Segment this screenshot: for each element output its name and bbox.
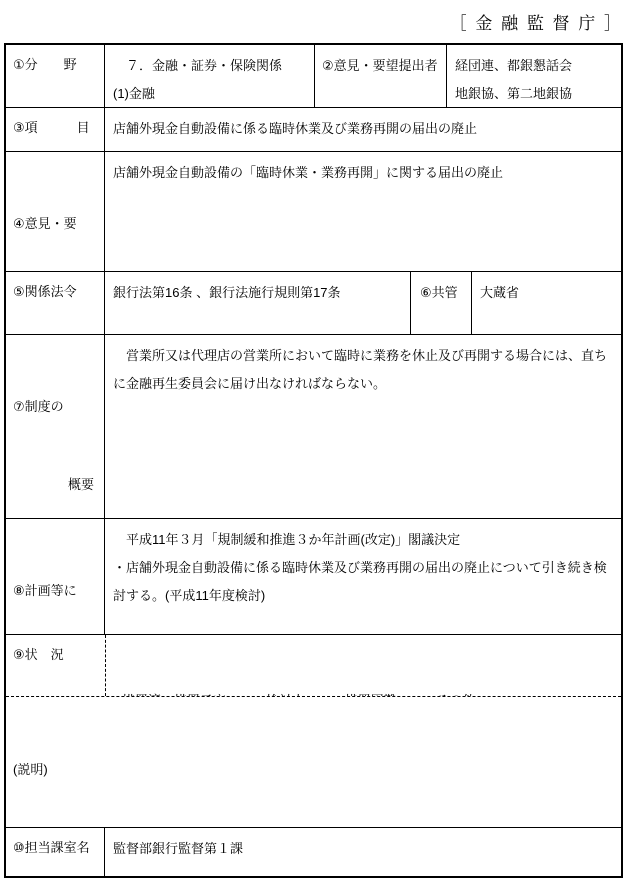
department-value: 監督部銀行監督第１課 (105, 828, 621, 876)
form-table: ①分 野 ７．金融・証券・保険関係 (1)金融 ②意見・要望提出者 経団連、都銀… (4, 43, 623, 878)
status-options: □措置済・措置予定 ■検討中 □措置困難 □その他 (114, 689, 613, 696)
row-laws-joint: ⑤関係法令 銀行法第16条 、銀行法施行規則第17条 ⑥共管 大蔵省 (6, 272, 621, 335)
row-explanation: (説明) 顧客利便に与える影響や監督上の観点から、届出の廃止について検討中。 (6, 697, 621, 828)
joint-label: ⑥共管 (411, 272, 472, 334)
row-department: ⑩担当課室名 監督部銀行監督第１課 (6, 828, 621, 876)
department-label: ⑩担当課室名 (6, 828, 105, 876)
status-option-under-review: ■検討中 (258, 689, 305, 696)
row-plan: ⑧計画等に おける記載 平成11年３月「規制緩和推進３か年計画(改定)」閣議決定… (6, 519, 621, 635)
laws-label: ⑤関係法令 (6, 272, 105, 334)
category-label: ①分 野 (6, 45, 105, 107)
item-label: ③項 目 (6, 108, 105, 151)
joint-value: 大蔵省 (472, 272, 621, 334)
row-system-outline: ⑦制度の 概要 営業所又は代理店の営業所において臨時に業務を休止及び再開する場合… (6, 335, 621, 519)
opinion-value: 店舗外現金自動設備の「臨時休業・業務再開」に関する届出の廃止 (105, 152, 621, 271)
system-label: ⑦制度の 概要 (6, 335, 105, 518)
row-category-submitter: ①分 野 ７．金融・証券・保険関係 (1)金融 ②意見・要望提出者 経団連、都銀… (6, 45, 621, 108)
row-item: ③項 目 店舗外現金自動設備に係る臨時休業及び業務再開の届出の廃止 (6, 108, 621, 152)
row-opinion: ④意見・要 望等の内 容 店舗外現金自動設備の「臨時休業・業務再開」に関する届出… (6, 152, 621, 272)
submitter-label: ②意見・要望提出者 (315, 45, 447, 107)
status-label: ⑨状 況 (6, 635, 105, 696)
plan-value: 平成11年３月「規制緩和推進３か年計画(改定)」閣議決定 ・店舗外現金自動設備に… (105, 519, 621, 634)
row-status: ⑨状 況 □措置済・措置予定 ■検討中 □措置困難 □その他 （実施（予定）時期… (6, 635, 621, 697)
laws-value: 銀行法第16条 、銀行法施行規則第17条 (105, 272, 411, 334)
status-value: □措置済・措置予定 ■検討中 □措置困難 □その他 （実施（予定）時期： ） (105, 635, 621, 696)
submitter-value: 経団連、都銀懇話会 地銀協、第二地銀協 (447, 45, 621, 107)
explanation-heading: (説明) (13, 757, 611, 783)
plan-label: ⑧計画等に おける記載 (6, 519, 105, 634)
system-label-line1: ⑦制度の (13, 394, 100, 420)
plan-label-line1: ⑧計画等に (13, 578, 100, 604)
opinion-label: ④意見・要 望等の内 容 (6, 152, 105, 271)
explanation-cell: (説明) 顧客利便に与える影響や監督上の観点から、届出の廃止について検討中。 (6, 697, 621, 827)
document-page: ［ 金 融 監 督 庁 ］ ①分 野 ７．金融・証券・保険関係 (1)金融 ②意… (0, 0, 628, 884)
opinion-label-line1: ④意見・要 (13, 211, 100, 237)
status-option-done: □措置済・措置予定 (114, 689, 226, 696)
item-value: 店舗外現金自動設備に係る臨時休業及び業務再開の届出の廃止 (105, 108, 621, 151)
agency-header: ［ 金 融 監 督 庁 ］ (450, 9, 623, 34)
system-value: 営業所又は代理店の営業所において臨時に業務を休止及び再開する場合には、直ちに金融… (105, 335, 621, 518)
status-option-difficult: □措置困難 (337, 689, 397, 696)
category-value: ７．金融・証券・保険関係 (1)金融 (105, 45, 315, 107)
system-label-line2: 概要 (13, 472, 100, 498)
status-option-other: □その他 (429, 689, 476, 696)
